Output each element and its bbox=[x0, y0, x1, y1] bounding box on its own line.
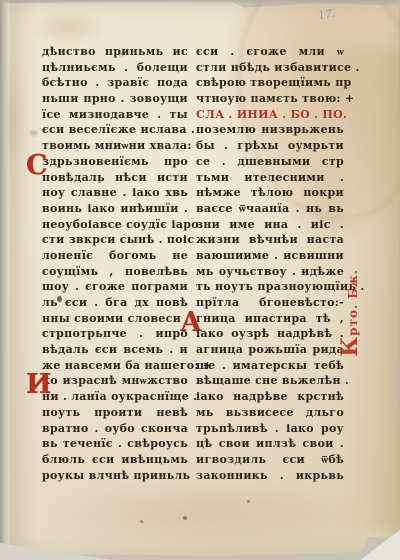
text-line: жизни вѣчнѣи наста bbox=[196, 232, 344, 248]
text-line: соущїмь , повелѣвь bbox=[42, 264, 188, 280]
text-line: ноу славне . іако хвь bbox=[42, 185, 188, 201]
text-line: ваюшииме . исвишни bbox=[196, 248, 344, 264]
text-line: твоимь мниѡни хвала: bbox=[42, 138, 188, 154]
text-line: повѣдаль нѣси исти bbox=[42, 170, 188, 186]
manuscript-photo: 17. дѣнство приньмь исцѣлниьємь . болещи… bbox=[0, 0, 400, 560]
foxing-speck bbox=[247, 500, 250, 503]
text-line: шоу . єгоже пограми bbox=[42, 279, 188, 295]
page-top-edge bbox=[0, 0, 400, 4]
binding-gutter-edge bbox=[0, 0, 10, 560]
text-line: поземлю низврьжень bbox=[196, 122, 344, 138]
text-line: Ико израснѣ мнѡжство bbox=[42, 373, 188, 389]
text-line: нѣмже тѣлою покри bbox=[196, 185, 344, 201]
foxing-speck bbox=[183, 516, 187, 520]
text-line: трьпѣливѣ . іако роу bbox=[196, 421, 344, 437]
foxing-speck bbox=[140, 520, 143, 523]
text-line: зни име ина . иіс . bbox=[196, 217, 344, 233]
text-line: бсѣтно . зравїє пода bbox=[42, 75, 188, 91]
text-line: мь оучьствоу . идѣже bbox=[196, 264, 344, 280]
text-line: игвоздиль єси ѿбѣ bbox=[196, 452, 344, 468]
text-line: воинь іако инѣишїи . bbox=[42, 201, 188, 217]
text-line: ть ноуть празноующїиь . bbox=[196, 279, 344, 295]
text-line: Агница ипастира тѣ , bbox=[196, 311, 344, 327]
text-line: чтноую памєть твою: + bbox=[196, 91, 344, 107]
text-line: нны своими словеси , bbox=[42, 311, 188, 327]
text-line: єси . єгоже мли ѡ bbox=[196, 44, 344, 60]
text-line: єси веселїєже ислава . bbox=[42, 122, 188, 138]
text-line: же навсеми ба нашего: + bbox=[42, 358, 188, 374]
text-line: тьми ителесними . bbox=[196, 170, 344, 186]
text-line: прїтла бгоневѣсто:- bbox=[196, 295, 344, 311]
text-line: стли нбѣдь избавитисе . bbox=[196, 60, 344, 76]
margin-note-red: Крто. Бж. bbox=[337, 263, 363, 363]
text-line: лоненїє богомь не bbox=[42, 248, 188, 264]
text-line: Сздрьзновенїємь про bbox=[42, 154, 188, 170]
text-line: свѣрою творещїимь пр bbox=[196, 75, 344, 91]
text-line: блюль єси ивѣнцьмь bbox=[42, 452, 188, 468]
text-line: вѣщаше сне вьжелѣн . bbox=[196, 373, 344, 389]
text-line: вѣдаль єси всемь . и bbox=[42, 342, 188, 358]
text-line: іако надрѣве крстнѣ bbox=[196, 389, 344, 405]
text-line: вь теченїє . свѣроусь bbox=[42, 436, 188, 452]
text-line: роукы влчнѣ приньль bbox=[42, 468, 188, 484]
text-column-right: єси . єгоже мли ѡстли нбѣдь избавитисе .… bbox=[196, 44, 344, 483]
text-line: ль єси . бга дх повѣ bbox=[42, 295, 188, 311]
text-line: агница рожьшїа рида bbox=[196, 342, 344, 358]
text-line: іако оузрѣ надрѣвѣ . bbox=[196, 326, 344, 342]
text-line: мь вьзвисесе дльго bbox=[196, 405, 344, 421]
text-line: сти звкрси сынѣ . поіс bbox=[42, 232, 188, 248]
text-line: ваєсе ѿчаанїа . нь вь bbox=[196, 201, 344, 217]
text-line: се . дшевными стр bbox=[196, 154, 344, 170]
text-line: законникь . икрьвь bbox=[196, 468, 344, 484]
text-line: їсе мизнодавче . ты bbox=[42, 107, 188, 123]
text-line: цѣлниьємь . болещи bbox=[42, 60, 188, 76]
text-line: дѣнство приньмь ис bbox=[42, 44, 188, 60]
text-line: ше . иматерскы тебѣ bbox=[196, 358, 344, 374]
text-line: ни . ланїа оукраснїще . bbox=[42, 389, 188, 405]
text-line: ньши прно . зовоущи bbox=[42, 91, 188, 107]
page-curl-shadow bbox=[10, 0, 38, 560]
text-line: стрпотрьпче . ипро bbox=[42, 326, 188, 342]
text-line: поуть проити невѣ bbox=[42, 405, 188, 421]
text-line: неоубоіавсе соудїє іаро bbox=[42, 217, 188, 233]
text-line: вратно . оубо сконча bbox=[42, 421, 188, 437]
text-column-left: дѣнство приньмь исцѣлниьємь . болещибсѣт… bbox=[42, 44, 188, 483]
rubric-line: СЛА . ИНИА . БО . ПО. bbox=[196, 107, 344, 123]
text-line: бы . грѣхы оумрьти bbox=[196, 138, 344, 154]
text-line: цѣ свои иплзѣ свои . bbox=[196, 436, 344, 452]
